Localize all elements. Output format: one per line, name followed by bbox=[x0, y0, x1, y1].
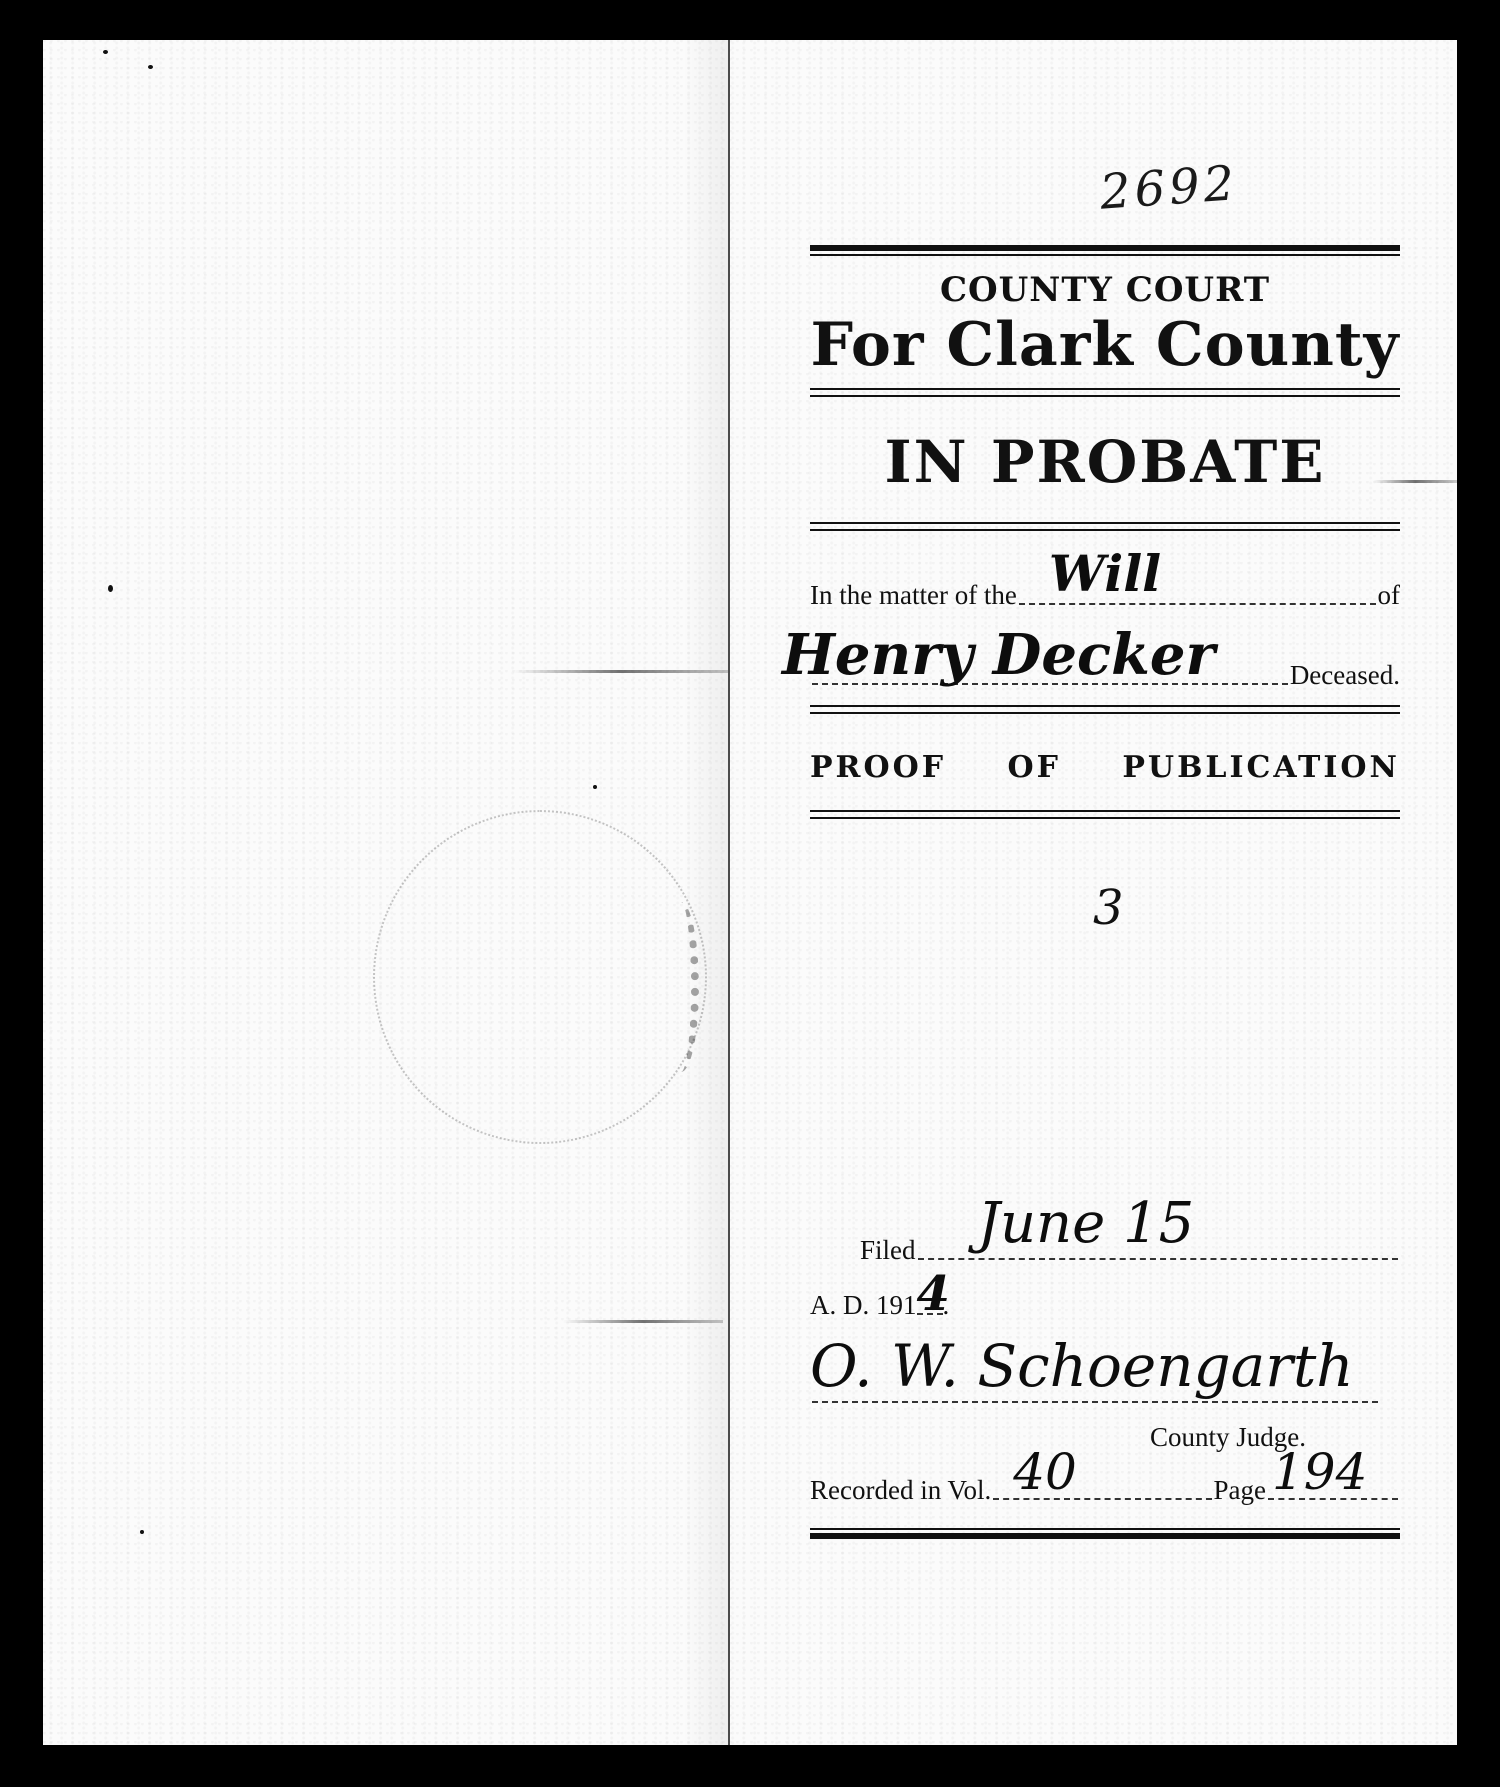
probate-title: IN PROBATE bbox=[810, 428, 1400, 496]
paper-crease bbox=[563, 1320, 723, 1323]
handwritten-mark: 3 bbox=[1093, 880, 1124, 936]
matter-type-handwritten: Will bbox=[1049, 544, 1161, 603]
ink-speck bbox=[103, 50, 108, 54]
decedent-line: Henry Decker Deceased. bbox=[810, 660, 1400, 691]
decedent-name-field: Henry Decker bbox=[812, 682, 1288, 685]
title-word: PUBLICATION bbox=[1122, 750, 1400, 785]
matter-line: In the matter of the Will of bbox=[810, 580, 1400, 611]
page-value-handwritten: 194 bbox=[1272, 1443, 1367, 1501]
vol-label: Recorded in Vol. bbox=[810, 1475, 991, 1506]
matter-suffix-label: of bbox=[1378, 580, 1401, 611]
paper-crease bbox=[513, 670, 728, 673]
year-digit-handwritten: 4 bbox=[917, 1266, 950, 1322]
page-field: 194 bbox=[1268, 1497, 1398, 1500]
center-fold-line bbox=[728, 40, 730, 1745]
filed-line: Filed June 15 bbox=[860, 1235, 1400, 1266]
probate-divider bbox=[810, 522, 1400, 531]
title-word: PROOF bbox=[810, 750, 946, 785]
ink-speck bbox=[593, 785, 597, 789]
matter-divider bbox=[810, 705, 1400, 714]
signature-line: O. W. Schoengarth bbox=[810, 1400, 1380, 1409]
signature-field: O. W. Schoengarth bbox=[812, 1400, 1378, 1403]
title-word: OF bbox=[1007, 750, 1060, 785]
page-label: Page bbox=[1214, 1475, 1266, 1506]
filed-label: Filed bbox=[860, 1235, 916, 1266]
ink-speck bbox=[148, 65, 153, 69]
title-divider bbox=[810, 810, 1400, 819]
year-label: A. D. 191 bbox=[810, 1290, 917, 1321]
filed-date-handwritten: June 15 bbox=[978, 1191, 1195, 1256]
document-sheet: 2692 COUNTY COURT For Clark County IN PR… bbox=[43, 40, 1457, 1745]
recording-line: Recorded in Vol. 40 Page 194 bbox=[810, 1475, 1400, 1506]
judge-signature-handwritten: O. W. Schoengarth bbox=[810, 1332, 1354, 1400]
ink-speck bbox=[108, 585, 113, 592]
header-top-rule bbox=[810, 245, 1400, 256]
vol-field: 40 bbox=[993, 1497, 1211, 1500]
header-divider bbox=[810, 388, 1400, 397]
deceased-label: Deceased. bbox=[1290, 660, 1400, 691]
ink-speck bbox=[140, 1530, 144, 1534]
matter-type-field: Will bbox=[1019, 602, 1376, 605]
year-digit-field: 4 bbox=[917, 1312, 943, 1315]
court-title: COUNTY COURT bbox=[810, 270, 1400, 310]
county-title: For Clark County bbox=[810, 310, 1400, 380]
footer-rule bbox=[810, 1528, 1400, 1539]
case-number-handwritten: 2692 bbox=[1098, 155, 1240, 221]
document-title: PROOF OF PUBLICATION bbox=[810, 750, 1400, 785]
matter-prefix-label: In the matter of the bbox=[810, 580, 1017, 611]
filed-date-field: June 15 bbox=[918, 1257, 1398, 1260]
embossed-seal bbox=[373, 810, 707, 1144]
vol-value-handwritten: 40 bbox=[1013, 1443, 1077, 1501]
year-line: A. D. 191 4 . bbox=[810, 1290, 949, 1321]
fold-shadow bbox=[683, 40, 728, 1745]
decedent-name-handwritten: Henry Decker bbox=[782, 622, 1215, 688]
